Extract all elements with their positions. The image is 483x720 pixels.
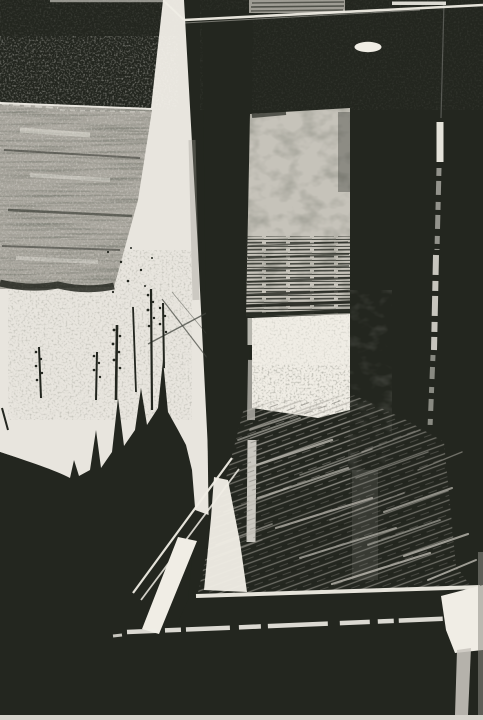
recessed-light [355, 42, 382, 52]
bottom-paper-margin [0, 715, 483, 720]
print-artwork [0, 0, 483, 720]
top-striped-sliver [249, 0, 345, 13]
artwork-photo [0, 0, 483, 720]
top-sliver-left [50, 0, 165, 2]
top-sliver-right [392, 2, 446, 6]
scratched-beam-center [246, 108, 350, 318]
right-edge-grey-strip [478, 552, 483, 716]
